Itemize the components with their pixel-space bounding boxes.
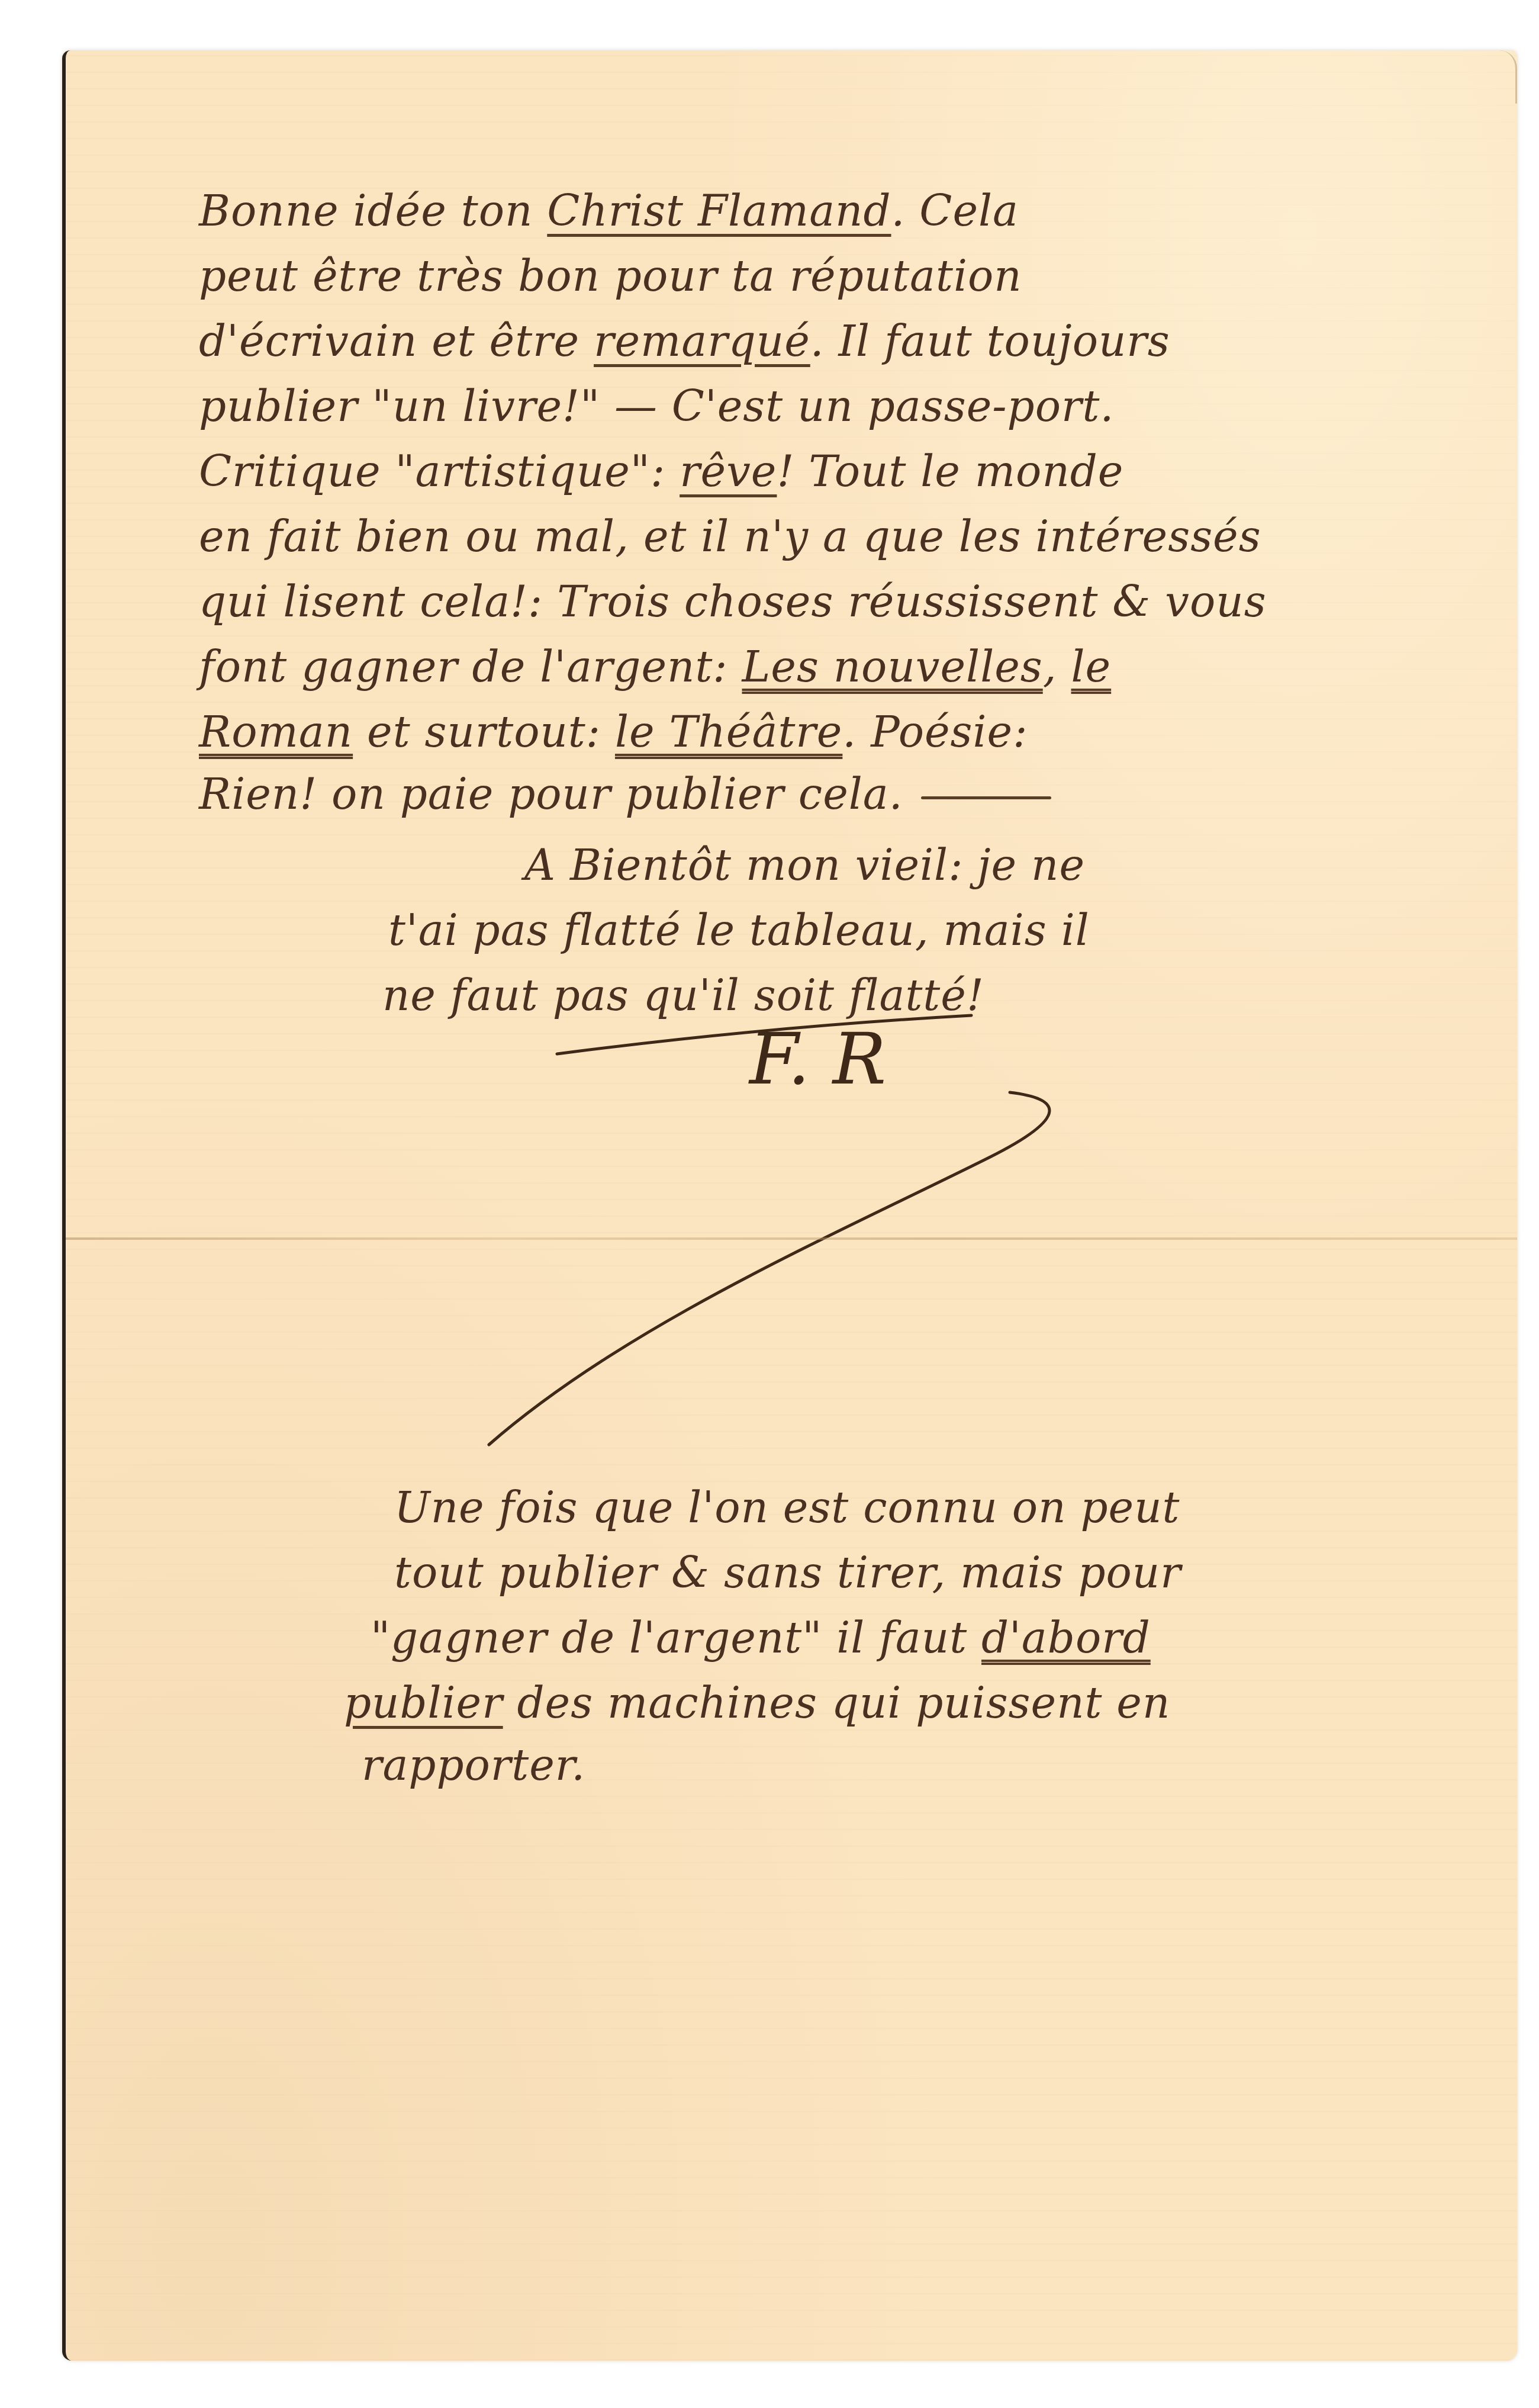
fold-crease	[66, 1237, 1517, 1240]
underlined-text: publier	[344, 1678, 503, 1728]
postscript-line: rapporter.	[362, 1744, 585, 1786]
postscript-line: tout publier & sans tirer, mais pour	[394, 1551, 1181, 1594]
letter-page: Bonne idée ton Christ Flamand. Celapeut …	[62, 50, 1517, 2361]
signature-flourish	[66, 50, 1517, 2361]
underlined-text: d'abord	[981, 1613, 1151, 1663]
postscript-line: "gagner de l'argent" il faut d'abord	[371, 1616, 1151, 1659]
line-text: rapporter.	[362, 1740, 585, 1790]
line-text: "gagner de l'argent" il faut	[371, 1613, 981, 1663]
postscript-line: Une fois que l'on est connu on peut	[394, 1486, 1180, 1529]
postscript-line: publier des machines qui puissent en	[344, 1682, 1170, 1724]
line-text: des machines qui puissent en	[503, 1678, 1171, 1728]
line-text: tout publier & sans tirer, mais pour	[394, 1548, 1181, 1597]
line-text: Une fois que l'on est connu on peut	[394, 1483, 1180, 1532]
